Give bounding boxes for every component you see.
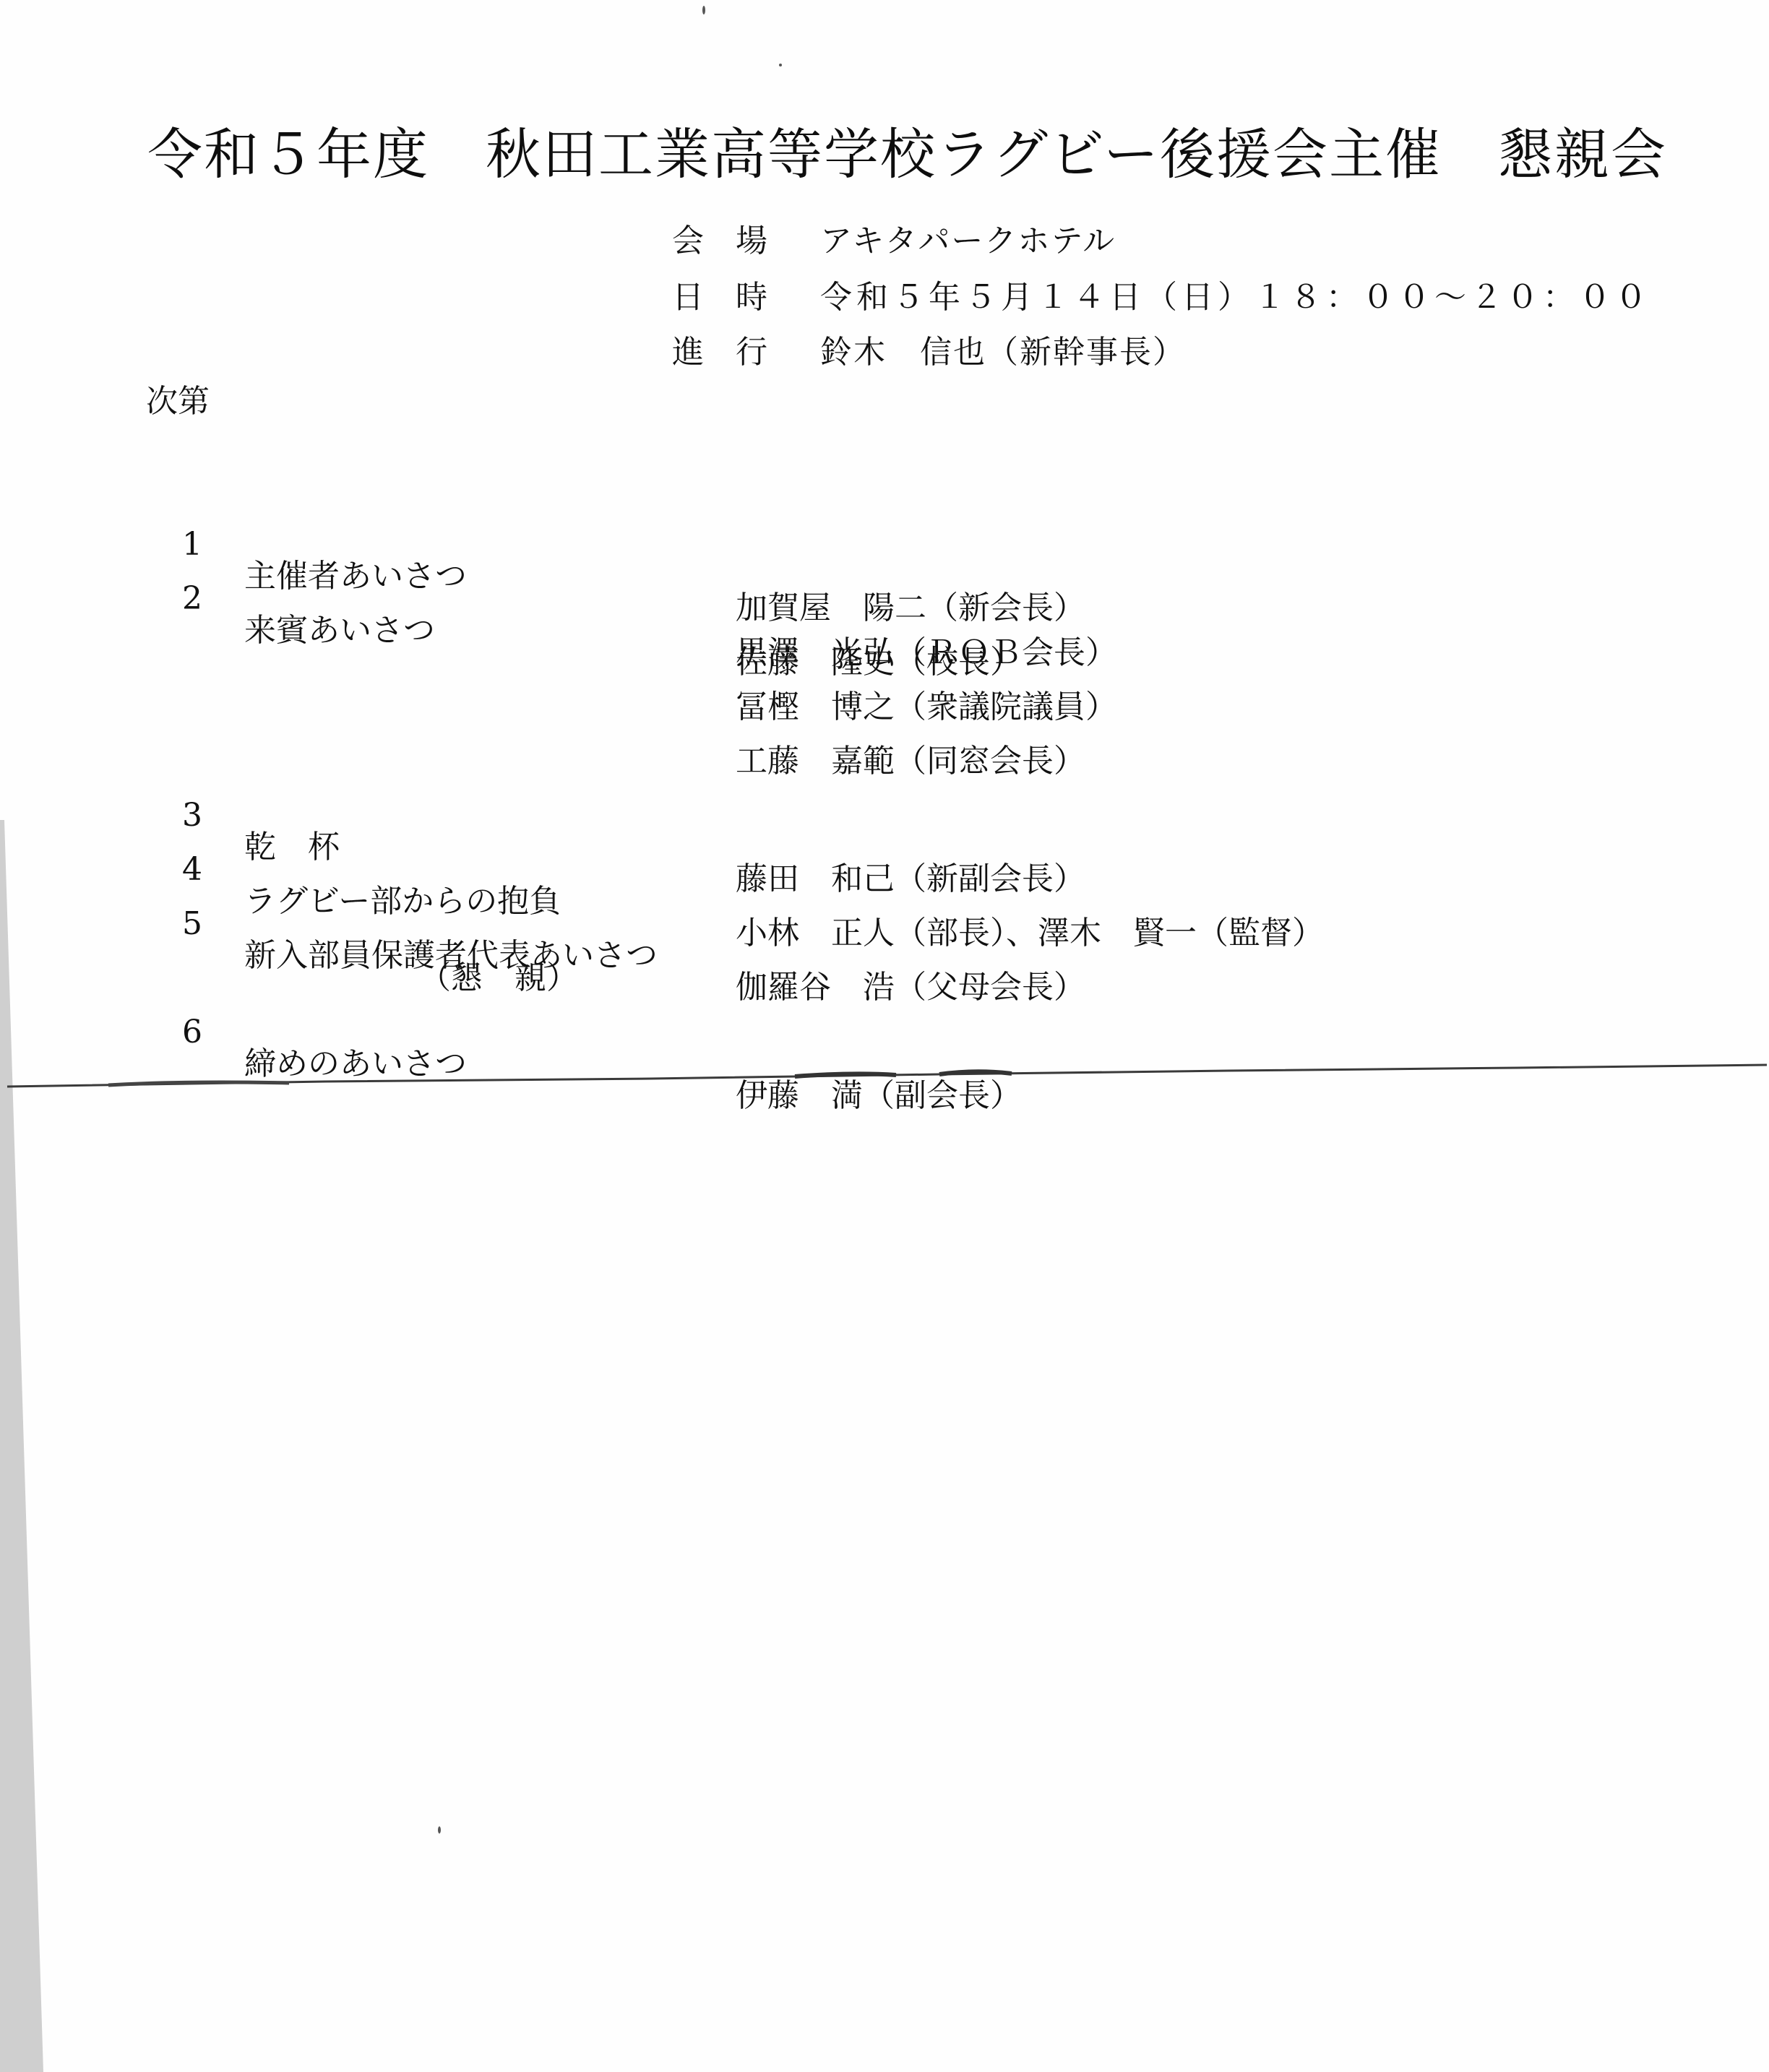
mc-row: 進 行 鈴木 信也（新幹事長） [672,337,1186,368]
program-item-number: 5 [182,908,202,940]
program-item-number: 4 [182,854,202,886]
program-item-title: 来賓あいさつ [244,615,435,647]
document-page: 令和５年度 秋田工業高等学校ラグビー後援会主催 懇親会 会 場 アキタパークホテ… [0,0,1769,2072]
datetime-value: 令和５年５月１４日（日）１８：００〜２０：００ [820,282,1651,314]
program-item-number: 1 [182,529,202,561]
scan-speck [438,1826,441,1834]
mc-label: 進 行 [672,337,820,368]
program-item-number: 2 [182,583,202,615]
scan-speck [779,64,782,66]
program-item-speaker: 黒澤 光弘（ＲＯＢ会長） [736,637,1117,669]
program-item-speaker: 冨樫 博之（衆議院議員） [736,691,1117,723]
program-item: 6 締めのあいさつ 伊藤 満（副会長） [0,985,40,1144]
datetime-label: 日 時 [672,282,820,314]
program-item-speaker: 藤田 和己（新副会長） [736,863,1085,895]
venue-value: アキタパークホテル [820,225,1116,257]
program-item-title: ラグビー部からの抱負 [244,886,561,918]
scan-speck [702,6,705,14]
program-item-title: 締めのあいさつ [244,1048,467,1080]
program-item-number: 3 [182,800,202,832]
program-item-speaker: 小林 正人（部長）、澤木 賢一（監督） [736,918,1324,949]
program-item-title: 主催者あいさつ [244,561,467,592]
program-item-speaker: 加賀屋 陽二（新会長） [736,592,1085,624]
program-heading: 次第 [146,386,210,418]
program-item-title: 乾 杯 [244,832,340,863]
program-item-speaker: 伊藤 満（副会長） [736,1080,1022,1112]
program-item-speaker: 工藤 嘉範（同窓会長） [736,746,1085,777]
program-item-subtitle: （懇 親） [419,962,578,994]
program-item-speaker: 伽羅谷 浩（父母会長） [736,972,1085,1003]
document-title: 令和５年度 秋田工業高等学校ラグビー後援会主催 懇親会 [147,127,1667,182]
mc-value: 鈴木 信也（新幹事長） [820,337,1186,368]
datetime-row: 日 時 令和５年５月１４日（日）１８：００〜２０：００ [672,282,1651,314]
program-item-number: 6 [182,1016,202,1048]
venue-row: 会 場 アキタパークホテル [672,225,1116,257]
venue-label: 会 場 [672,225,820,257]
